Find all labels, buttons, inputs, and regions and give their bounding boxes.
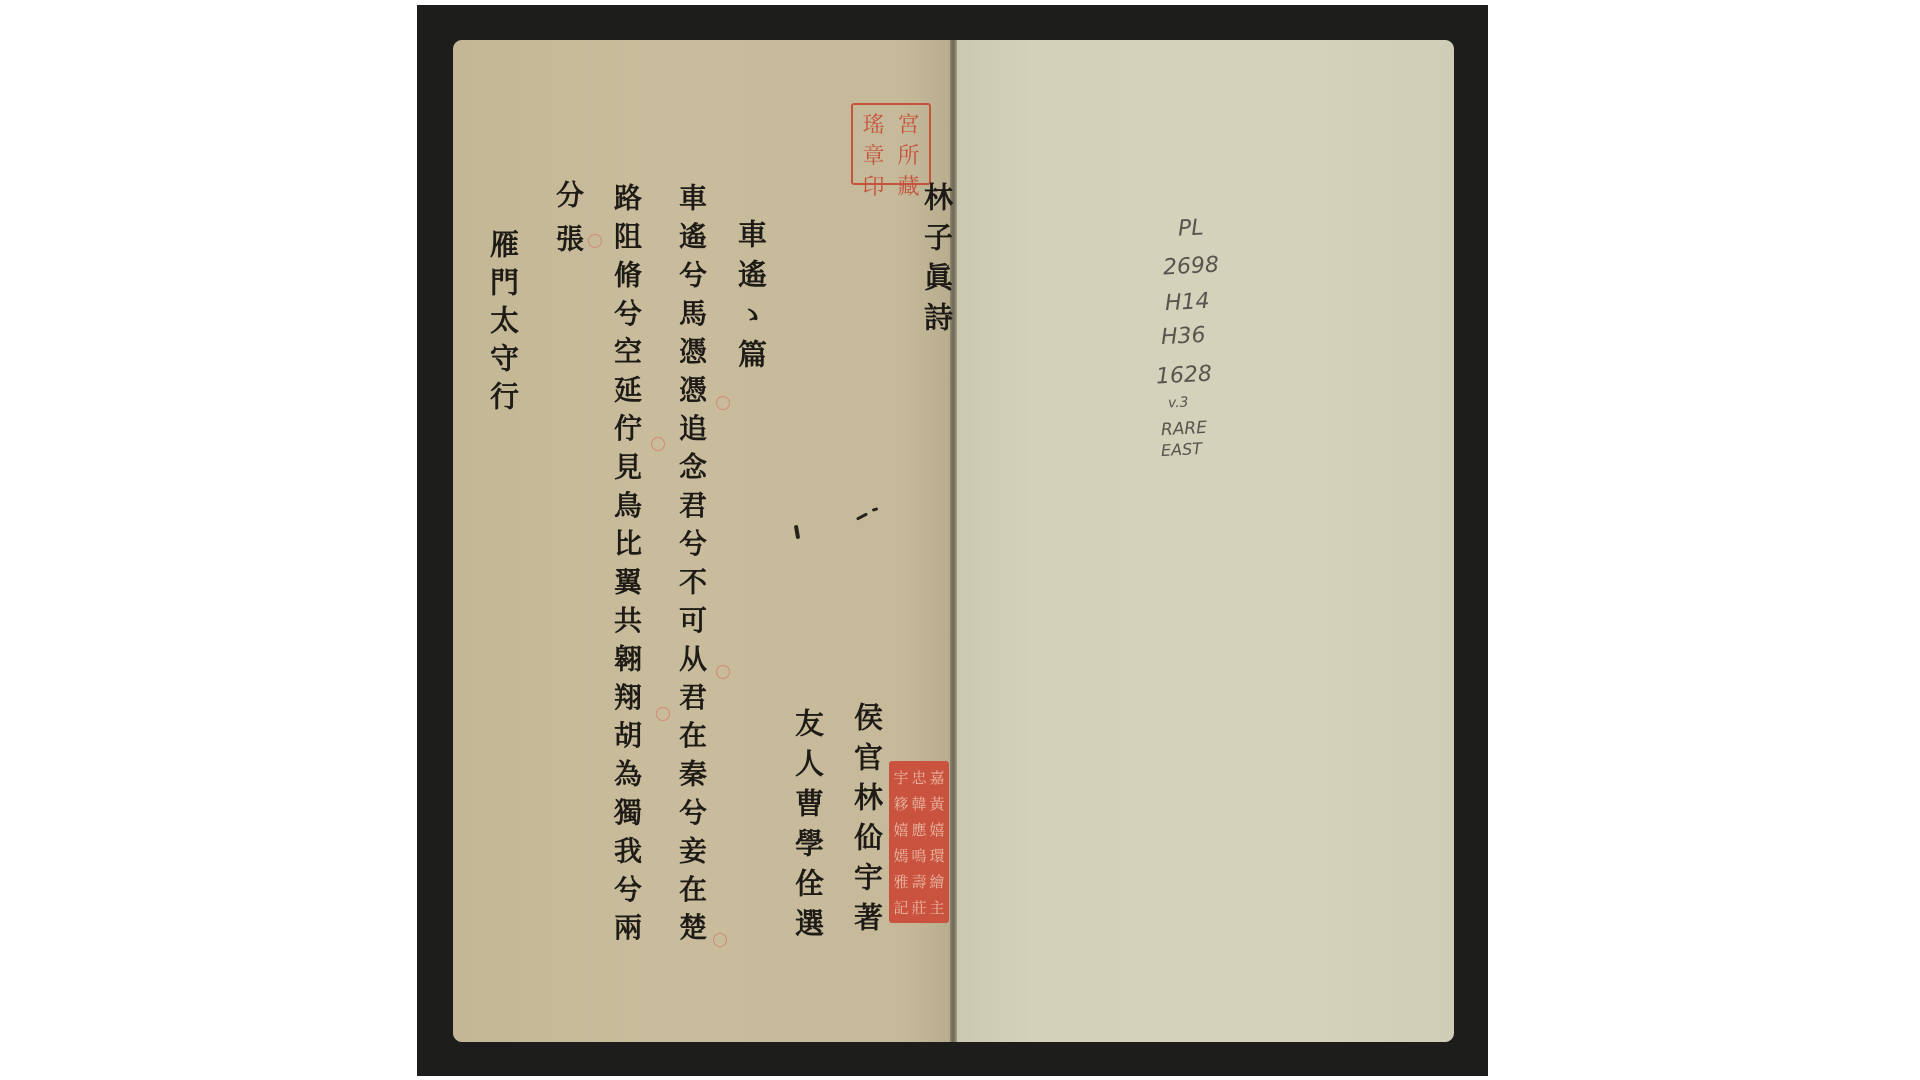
running-title: 林子眞詩 <box>922 182 951 342</box>
seal-char: 莊 <box>910 894 928 920</box>
seal-char: 宮 <box>891 108 926 139</box>
call-number-line: RARE <box>1161 420 1208 439</box>
poem-column-1: 車遙兮馬憑憑追念君兮不可从君在秦兮妾在楚 <box>677 183 705 951</box>
call-number-line: EAST <box>1161 441 1203 459</box>
seal-char: 記 <box>892 894 910 920</box>
seal-char: 韓 <box>910 790 928 816</box>
seal-char: 繪 <box>928 868 946 894</box>
poem-title-1: 車遙ゝ篇 <box>736 219 765 379</box>
editor-line: 友人曹學佺選 <box>793 708 822 948</box>
seal-char: 嬉 <box>892 816 910 842</box>
seal-char: 嫣 <box>892 842 910 868</box>
seal-char: 嘉 <box>928 764 946 790</box>
poem-title-2: 雁門太守行 <box>488 229 517 419</box>
call-number-line: H36 <box>1160 325 1206 349</box>
punctuation-circle <box>716 665 730 679</box>
seal-char: 忠 <box>910 764 928 790</box>
seal-char: 鳴 <box>910 842 928 868</box>
seal-char: 宇 <box>892 764 910 790</box>
call-number-line: H14 <box>1164 291 1210 315</box>
poem-column-2: 路阻脩兮空延佇見鳥比翼共翱翔胡為獨我兮兩 <box>612 183 640 951</box>
seal-char: 主 <box>928 894 946 920</box>
punctuation-circle <box>716 396 730 410</box>
seal-char: 雅 <box>892 868 910 894</box>
poem-column-3: 分張 <box>554 180 582 268</box>
call-number-line: 2698 <box>1162 255 1219 280</box>
author-line: 侯官林佡宇著 <box>852 702 881 942</box>
seal-char: 應 <box>910 816 928 842</box>
seal-char: 環 <box>928 842 946 868</box>
punctuation-circle <box>656 707 670 721</box>
punctuation-circle <box>651 437 665 451</box>
seal-char: 壽 <box>910 868 928 894</box>
collector-seal-top: 瑤 宮 章 所 印 藏 <box>851 103 931 185</box>
punctuation-circle <box>588 234 602 248</box>
collector-seal-bottom: 宇 忠 嘉 簃 韓 黃 嬉 應 嬉 嫣 鳴 環 雅 壽 繪 記 莊 主 <box>889 761 949 923</box>
seal-char: 章 <box>856 139 891 170</box>
call-number-line: 1628 <box>1155 364 1212 389</box>
call-number-line: PL <box>1177 217 1204 240</box>
seal-char: 印 <box>856 170 891 201</box>
seal-char: 嬉 <box>928 816 946 842</box>
seal-char: 簃 <box>892 790 910 816</box>
right-page <box>957 40 1454 1042</box>
punctuation-circle <box>713 933 727 947</box>
seal-char: 黃 <box>928 790 946 816</box>
seal-char: 所 <box>891 139 926 170</box>
seal-char: 瑤 <box>856 108 891 139</box>
call-number-line: v.3 <box>1168 395 1189 410</box>
